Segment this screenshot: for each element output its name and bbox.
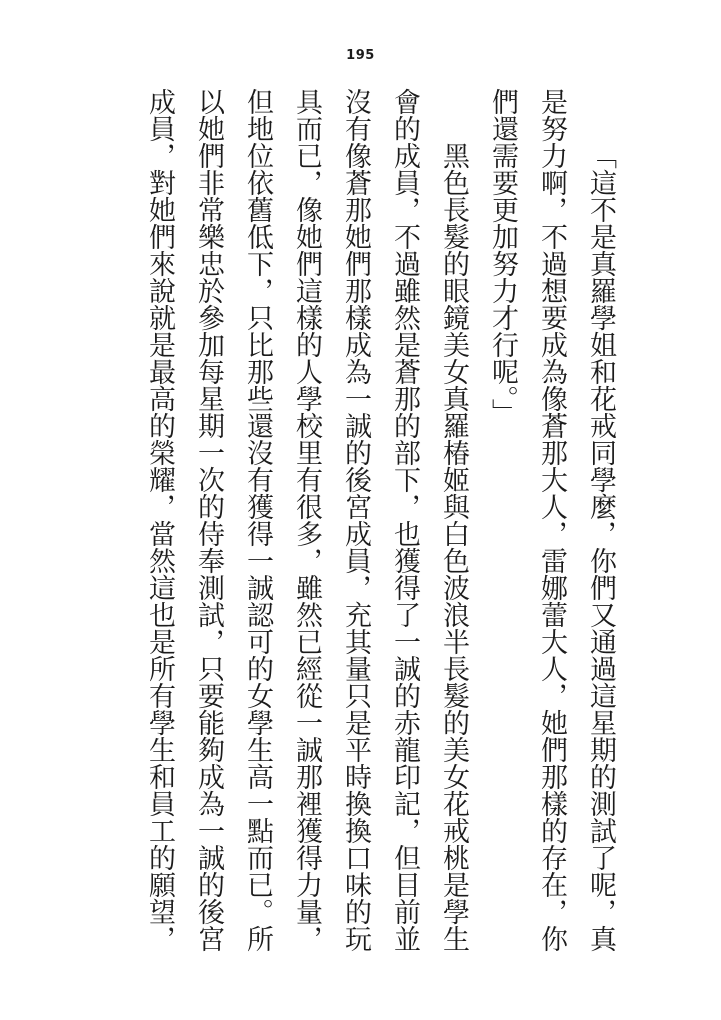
book-page: 195 「這不是真羅學姐和花戒同學麼，你們又通過這星期的測試了呢，真是努力啊，不… bbox=[0, 0, 721, 1020]
vertical-text-block: 「這不是真羅學姐和花戒同學麼，你們又通過這星期的測試了呢，真是努力啊，不過想要成… bbox=[135, 88, 625, 956]
page-number: 195 bbox=[0, 48, 721, 63]
paragraph-narration: 黑色長髮的眼鏡美女真羅椿姬與白色波浪半長髮的美女花戒桃是學生會的成員，不過雖然是… bbox=[135, 88, 478, 956]
paragraph-dialogue: 「這不是真羅學姐和花戒同學麼，你們又通過這星期的測試了呢，真是努力啊，不過想要成… bbox=[478, 88, 625, 956]
